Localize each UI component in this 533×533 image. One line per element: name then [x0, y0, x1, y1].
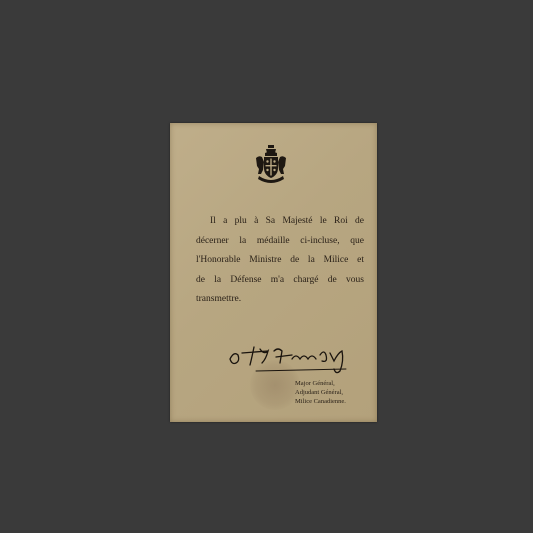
body-line: décerner la médaille ci-incluse, que [196, 232, 364, 252]
title-line: Adjudant Général, [295, 388, 346, 397]
body-paragraph: Il a plu à Sa Majesté le Roi de décerner… [196, 212, 364, 310]
body-line: Il a plu à Sa Majesté le Roi de [196, 212, 364, 232]
title-line: Major Général, [295, 379, 346, 388]
title-line: Milice Canadienne. [295, 397, 346, 406]
body-line: de la Défense m'a chargé de vous [196, 271, 364, 291]
handwritten-signature [226, 337, 366, 377]
royal-coat-of-arms-icon [253, 144, 289, 186]
signatory-title: Major Général, Adjudant Général, Milice … [295, 379, 346, 406]
body-line: l'Honorable Ministre de la Milice et [196, 251, 364, 271]
body-line: transmettre. [196, 290, 364, 310]
